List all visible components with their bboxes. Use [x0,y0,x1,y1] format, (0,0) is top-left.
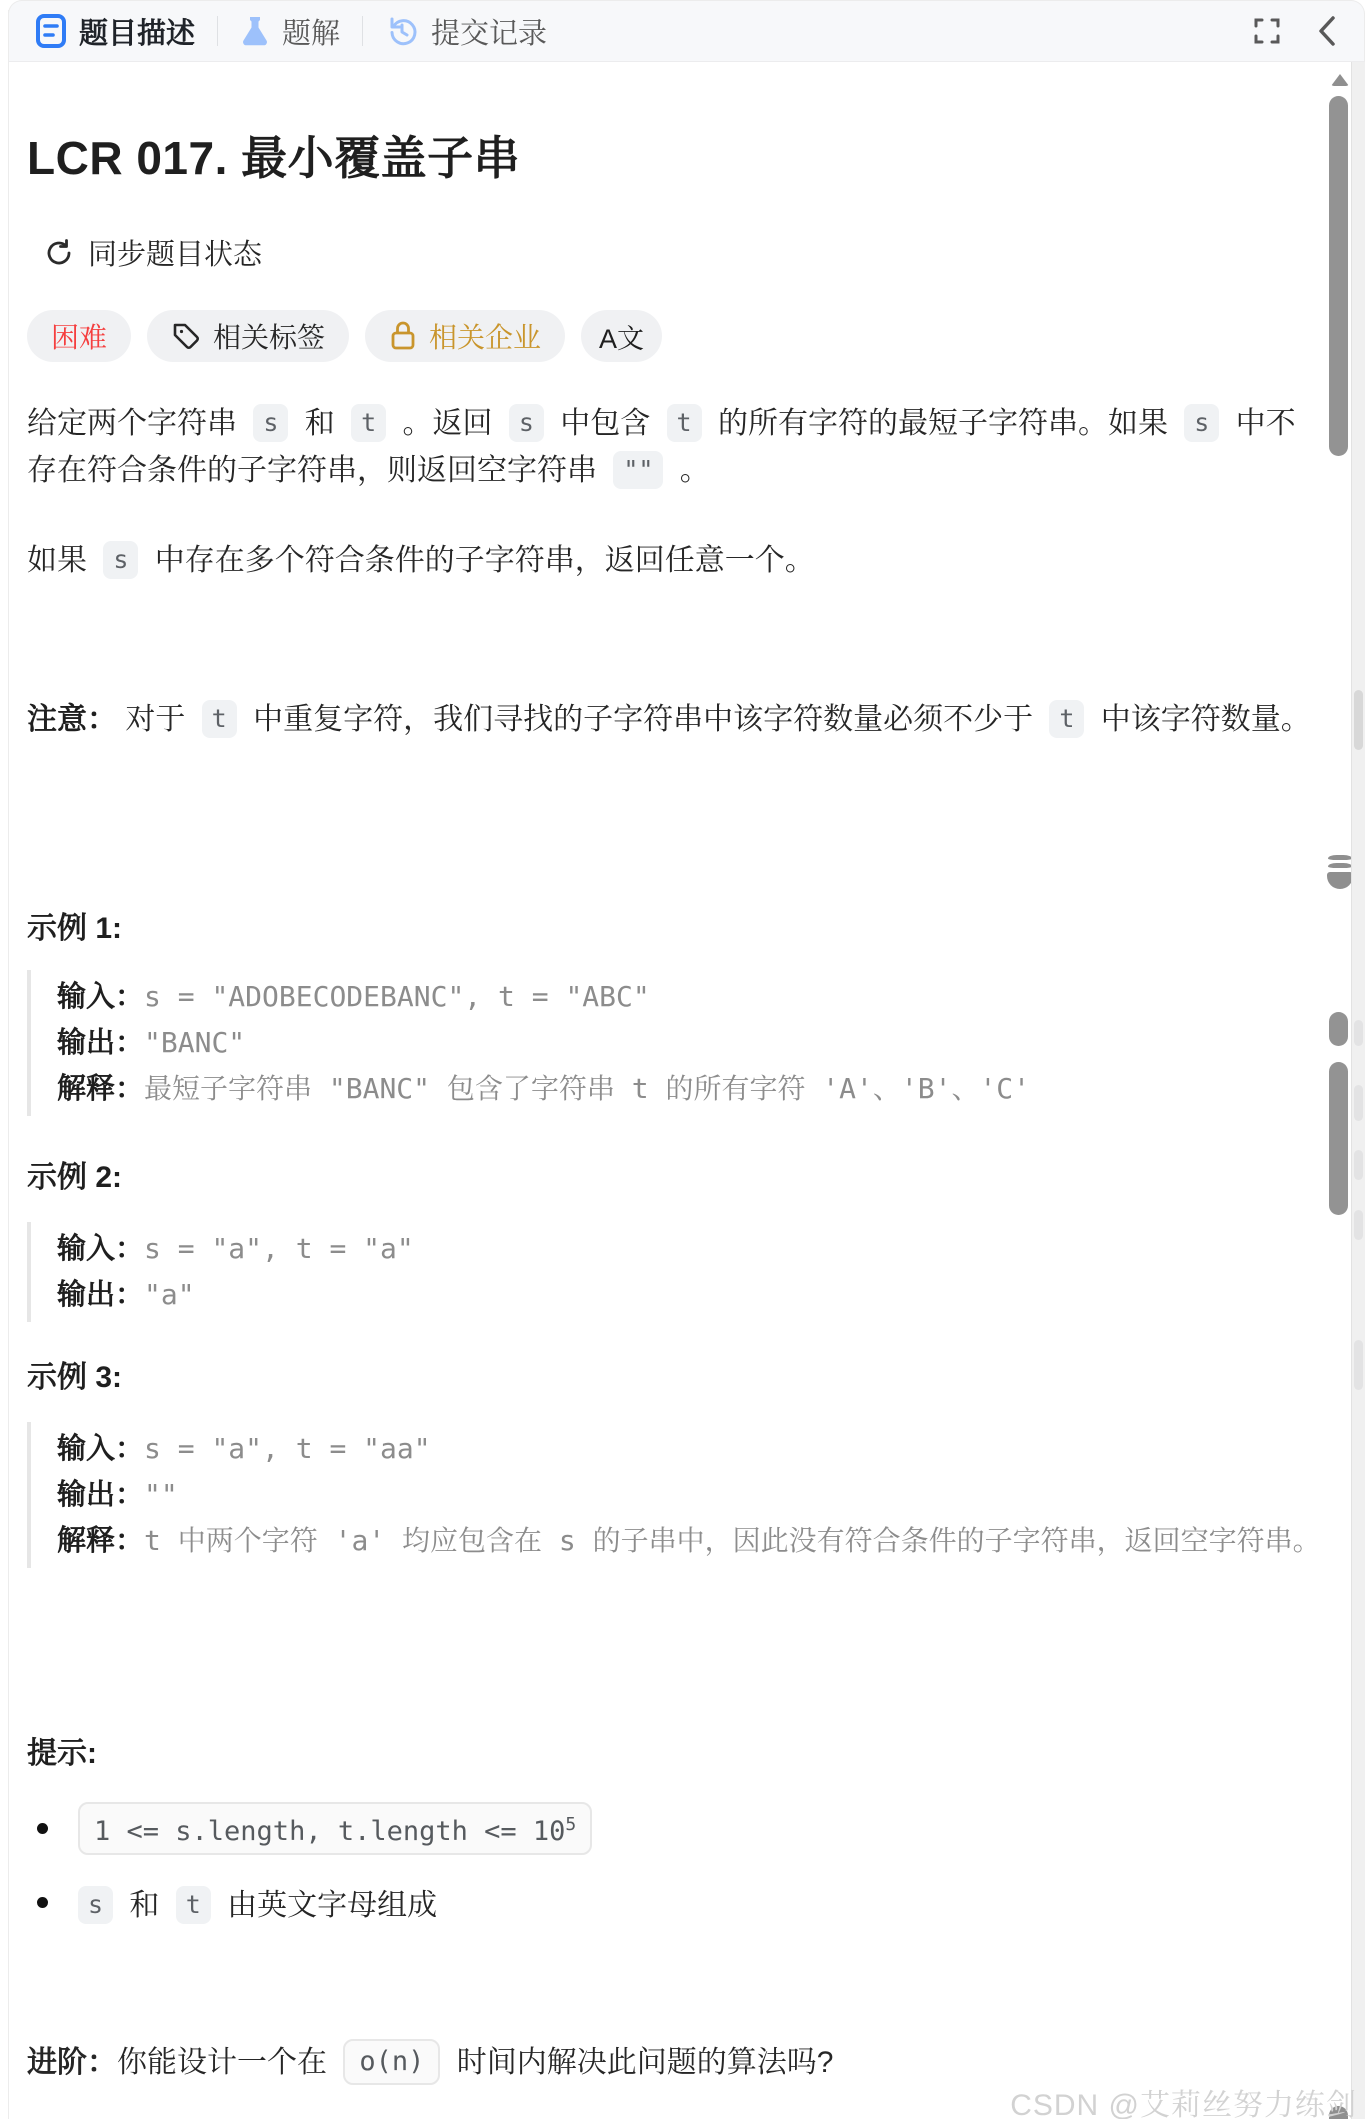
inline-code: t [351,404,386,442]
tab-description-label: 题目描述 [79,11,195,52]
page-title: LCR 017. 最小覆盖子串 [27,122,520,188]
tab-description[interactable]: 题目描述 [35,11,195,52]
problem-description-panel: 题目描述 题解 提交记录 [0,0,1365,2119]
example-row: 输入：s = "ADOBECODEBANC", t = "ABC" [57,974,1323,1020]
example-1-heading: 示例 1: [27,903,122,947]
related-companies-button[interactable]: 相关企业 [365,310,565,362]
hint-item-2: s 和 t 由英文字母组成 [27,1880,1323,1924]
input-label: 输入： [57,981,144,1013]
grip-line [1328,855,1352,860]
lock-icon [389,320,417,352]
flask-icon [240,14,270,48]
input-value: s = "ADOBECODEBANC", t = "ABC" [144,980,650,1013]
translate-label: A文 [599,317,644,356]
explanation-label: 解释： [57,1525,144,1557]
output-value: "" [144,1478,178,1511]
inline-code: t [1049,700,1084,738]
difficulty-label: 困难 [51,316,107,356]
page-scrollbar-track[interactable] [1351,62,1365,2119]
inline-code: t [176,1886,211,1924]
bullet-icon [37,1823,48,1834]
example-row: 解释：最短子字符串 "BANC" 包含了字符串 t 的所有字符 'A'、'B'、… [57,1066,1323,1112]
hint-item-1: 1 <= s.length, t.length <= 105 [27,1802,1323,1855]
example-1-block: 输入：s = "ADOBECODEBANC", t = "ABC" 输出："BA… [27,970,1323,1116]
panel-topbar: 题目描述 题解 提交记录 [8,0,1365,62]
page-scrollbar-thumb[interactable] [1354,690,1363,750]
example-row: 输入：s = "a", t = "a" [57,1226,1323,1272]
translate-toggle[interactable]: A文 [581,310,662,362]
scrollbar-mark [1354,1020,1363,1046]
scrollbar-mark [1354,1085,1363,1121]
inline-code: t [667,404,702,442]
related-tags-button[interactable]: 相关标签 [147,310,349,362]
example-2-block: 输入：s = "a", t = "a" 输出："a" [27,1222,1323,1322]
related-tags-label: 相关标签 [213,316,325,356]
problem-note: 注意： 对于 t 中重复字符，我们寻找的子字符串中该字符数量必须不少于 t 中该… [27,696,1323,743]
inline-code: s [509,404,544,442]
problem-paragraph-1: 给定两个字符串 s 和 t 。返回 s 中包含 t 的所有字符的最短子字符串。如… [27,400,1323,494]
tag-icon [171,321,201,351]
input-value: s = "a", t = "a" [144,1232,414,1265]
output-label: 输出： [57,1027,144,1059]
example-row: 解释：t 中两个字符 'a' 均应包含在 s 的子串中，因此没有符合条件的子字符… [57,1518,1323,1564]
output-label: 输出： [57,1479,144,1511]
bullet-icon [37,1897,48,1908]
history-icon [385,14,419,48]
inline-code: t [202,700,237,738]
example-row: 输出："a" [57,1272,1323,1318]
fullscreen-icon[interactable] [1252,16,1282,46]
grip-line [1328,863,1352,868]
watermark-text: CSDN @艾莉丝努力练剑 [1010,2080,1357,2119]
inline-code: s [78,1886,113,1924]
input-value: s = "a", t = "aa" [144,1432,431,1465]
related-companies-label: 相关企业 [429,316,541,356]
inline-code: o(n) [343,2039,440,2085]
output-value: "a" [144,1278,195,1311]
difficulty-badge[interactable]: 困难 [27,310,131,362]
input-label: 输入： [57,1233,144,1265]
inline-code: s [253,404,288,442]
chevron-left-icon[interactable] [1316,14,1338,48]
tab-submissions-label: 提交记录 [431,11,547,52]
output-label: 输出： [57,1279,144,1311]
example-3-block: 输入：s = "a", t = "aa" 输出："" 解释：t 中两个字符 'a… [27,1422,1323,1568]
scrollbar-thumb-segment[interactable] [1329,1012,1348,1046]
explanation-label: 解释： [57,1073,144,1105]
output-value: "BANC" [144,1026,245,1059]
grip-handle [1327,872,1353,889]
example-row: 输出："" [57,1472,1323,1518]
tab-solutions-label: 题解 [282,11,340,52]
scrollbar-thumb-segment[interactable] [1329,1062,1348,1215]
inline-code: s [1184,404,1219,442]
example-2-heading: 示例 2: [27,1152,122,1196]
explanation-value: t 中两个字符 'a' 均应包含在 s 的子串中，因此没有符合条件的子字符串，返… [144,1524,1321,1557]
refresh-icon [44,238,74,268]
scrollbar-mark [1354,1340,1363,1390]
tab-separator [217,16,218,46]
sync-status-label: 同步题目状态 [88,232,262,273]
example-row: 输出："BANC" [57,1020,1323,1066]
document-icon [35,13,67,49]
sync-status-button[interactable]: 同步题目状态 [44,232,262,273]
example-row: 输入：s = "a", t = "aa" [57,1426,1323,1472]
hints-heading: 提示: [27,1728,97,1772]
scrollbar-mark [1354,1150,1363,1180]
example-3-heading: 示例 3: [27,1352,122,1396]
tab-separator [362,16,363,46]
inline-code: 1 <= s.length, t.length <= 105 [78,1802,592,1855]
explanation-value: 最短子字符串 "BANC" 包含了字符串 t 的所有字符 'A'、'B'、'C' [144,1072,1030,1105]
tab-solutions[interactable]: 题解 [240,11,340,52]
scrollbar-mark [1354,1210,1363,1240]
scrollbar-up-arrow[interactable] [1331,74,1349,86]
badge-row: 困难 相关标签 相关企业 A文 [27,310,662,362]
inline-code: "" [613,451,663,489]
panel-resize-grip[interactable] [1327,852,1353,889]
problem-paragraph-2: 如果 s 中存在多个符合条件的子字符串，返回任意一个。 [27,537,1323,584]
scrollbar-thumb[interactable] [1329,96,1348,456]
input-label: 输入： [57,1433,144,1465]
inline-code: s [103,541,138,579]
tab-submissions[interactable]: 提交记录 [385,11,547,52]
hint-text: s 和 t 由英文字母组成 [70,1880,437,1924]
panel-left-border [8,10,9,2119]
hint-text: 1 <= s.length, t.length <= 105 [70,1802,600,1855]
